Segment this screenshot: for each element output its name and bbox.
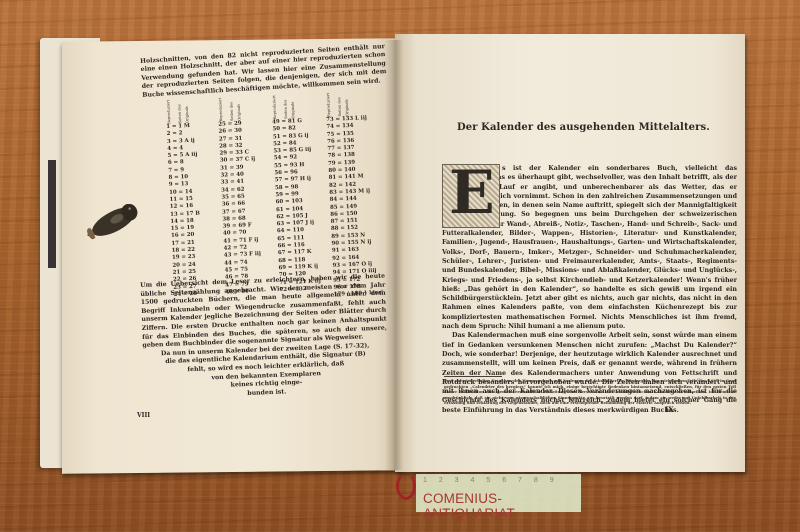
table-column: ReproduziertSeiten des Originals 1 = 1 M… [165,94,226,299]
column-header: Seiten des Originals [336,88,352,117]
decorated-initial: E [442,164,500,228]
bookmark-ribbon [396,472,416,500]
footnote-rule [444,376,502,377]
cover-spine-stripe [48,160,56,268]
footnote: Erst auf wiederholtes Ersuchen des Herau… [444,378,736,406]
left-page-number: VIII [137,412,150,419]
column-header: Reproduziert [165,96,174,124]
column-header: Seiten des Originals [282,90,298,119]
seller-watermark: 1 2 3 4 5 6 7 8 9 COMENIUS-ANTIQUARIAT [416,474,581,512]
ruler-scale: 1 2 3 4 5 6 7 8 9 [423,477,559,484]
right-page-number: IX [665,405,674,414]
signature-mark: 2 [642,408,645,413]
table-column: ReproduziertSeiten des Originals 25 = 29… [217,91,278,296]
left-page-body: Um die Uebersicht dem Leser zu erleichte… [140,273,389,403]
table-column: ReproduziertSeiten des Originals 73 = 13… [325,87,386,299]
column-header: Reproduziert [271,91,280,119]
page-concordance-table: ReproduziertSeiten des Originals 1 = 1 M… [165,86,393,285]
column-header: Seiten des Originals [176,95,192,124]
column-header: Seiten des Originals [228,93,244,122]
brand-label: COMENIUS-ANTIQUARIAT [423,491,581,521]
table-column: ReproduziertSeiten des Originals 49 = 81… [271,89,332,294]
body-paragraph: Um die Uebersicht dem Leser zu erleichte… [140,273,387,351]
owl-figurine-icon [80,204,146,240]
initial-letter: E [449,161,495,225]
column-header: Reproduziert [325,89,334,117]
column-header: Reproduziert [217,93,226,121]
chapter-heading: Der Kalender des ausgehenden Mittelalter… [457,122,710,133]
